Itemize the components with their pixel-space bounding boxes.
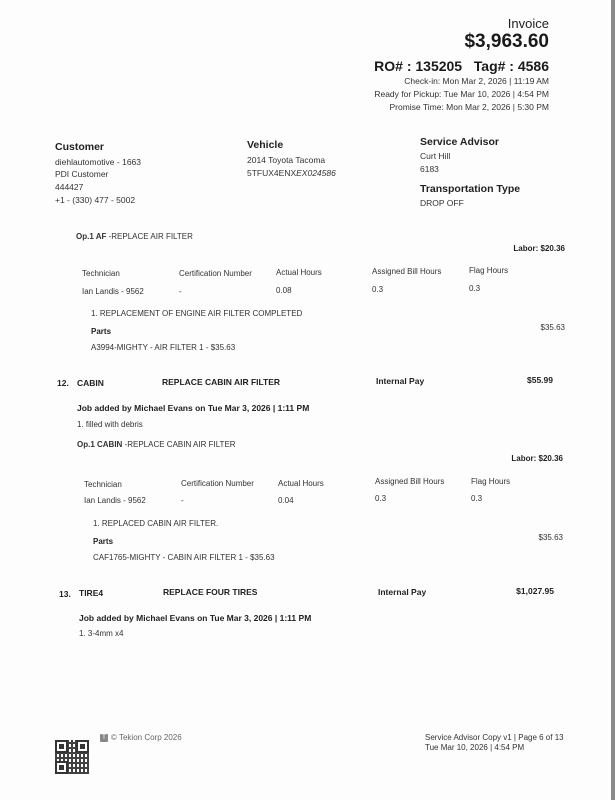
scan-edge xyxy=(611,0,615,800)
op-af-labor: Labor: $20.36 xyxy=(513,244,565,253)
job13-concern: 1. 3-4mm x4 xyxy=(79,629,123,638)
ro-number: RO# : 135205 xyxy=(374,58,462,74)
cabin-part: CAF1765-MIGHTY - CABIN AIR FILTER 1 - $3… xyxy=(93,553,275,562)
vin-suffix: EX024586 xyxy=(296,168,336,178)
job13-added-by: Job added by Michael Evans on Tue Mar 3,… xyxy=(79,613,311,623)
op-cabin-code: Op.1 CABIN xyxy=(77,440,122,449)
cabin-parts-total: $35.63 xyxy=(539,533,563,542)
invoice-total: $3,963.60 xyxy=(464,31,549,53)
af-flag-hours: 0.3 xyxy=(469,284,480,293)
op-cabin-title: Op.1 CABIN -REPLACE CABIN AIR FILTER xyxy=(77,440,236,449)
footer-printed: Tue Mar 10, 2026 | 4:54 PM xyxy=(425,743,524,752)
job12-number: 12. xyxy=(57,378,69,388)
th-certification: Certification Number xyxy=(179,269,252,278)
op-af-desc: -REPLACE AIR FILTER xyxy=(106,232,193,241)
job12-added-by: Job added by Michael Evans on Tue Mar 3,… xyxy=(77,403,309,413)
advisor-id: 6183 xyxy=(420,164,439,174)
job12-pay: Internal Pay xyxy=(376,376,424,386)
cabin-note: 1. REPLACED CABIN AIR FILTER. xyxy=(93,519,218,528)
th-flag-hours: Flag Hours xyxy=(469,266,508,275)
qr-finder xyxy=(76,740,89,753)
copyright-text: © Tekion Corp 2026 xyxy=(111,733,182,742)
customer-name: diehlautomotive - 1663 xyxy=(55,157,141,167)
job13-code: TIRE4 xyxy=(79,588,103,598)
th-flag-hours-2: Flag Hours xyxy=(471,477,510,486)
cabin-parts-label: Parts xyxy=(93,537,113,546)
cabin-technician: Ian Landis - 9562 xyxy=(84,496,146,505)
cabin-actual-hours: 0.04 xyxy=(278,496,294,505)
af-assigned-bill: 0.3 xyxy=(372,285,383,294)
ro-tag-line: RO# : 135205 Tag# : 4586 xyxy=(374,58,549,74)
th-certification-2: Certification Number xyxy=(181,479,254,488)
footer-copyright: T© Tekion Corp 2026 xyxy=(100,733,182,742)
customer-phone: +1 - (330) 477 - 5002 xyxy=(55,195,135,205)
af-parts-total: $35.63 xyxy=(541,323,565,332)
job13-amount: $1,027.95 xyxy=(516,586,554,596)
op-af-code: Op.1 AF xyxy=(76,232,106,241)
job12-amount: $55.99 xyxy=(527,375,553,385)
tekion-logo-icon: T xyxy=(100,734,108,742)
vehicle-model: 2014 Toyota Tacoma xyxy=(247,155,325,165)
customer-id: 444427 xyxy=(55,182,83,192)
th-assigned-bill: Assigned Bill Hours xyxy=(372,267,441,276)
af-actual-hours: 0.08 xyxy=(276,286,292,295)
af-part: A3994-MIGHTY - AIR FILTER 1 - $35.63 xyxy=(91,343,235,352)
af-parts-label: Parts xyxy=(91,327,111,336)
ready-for-pickup: Ready for Pickup: Tue Mar 10, 2026 | 4:5… xyxy=(374,89,549,99)
qr-finder xyxy=(55,740,68,753)
cabin-certification: - xyxy=(181,496,184,505)
transport-value: DROP OFF xyxy=(420,198,464,208)
vehicle-label: Vehicle xyxy=(247,139,283,151)
tag-number: Tag# : 4586 xyxy=(474,58,549,74)
job13-number: 13. xyxy=(59,589,71,599)
job12-code: CABIN xyxy=(77,378,104,388)
advisor-label: Service Advisor xyxy=(420,136,499,148)
promise-time: Promise Time: Mon Mar 2, 2026 | 5:30 PM xyxy=(389,102,549,112)
job12-concern: 1. filled with debris xyxy=(77,420,143,429)
th-assigned-bill-2: Assigned Bill Hours xyxy=(375,477,444,486)
op-cabin-labor: Labor: $20.36 xyxy=(511,454,563,463)
op-af-title: Op.1 AF -REPLACE AIR FILTER xyxy=(76,232,193,241)
job13-pay: Internal Pay xyxy=(378,587,426,597)
vehicle-vin: 5TFUX4ENXEX024586 xyxy=(247,168,336,178)
qr-code xyxy=(55,740,89,774)
transport-label: Transportation Type xyxy=(420,183,520,195)
th-technician-2: Technician xyxy=(84,480,122,489)
customer-type: PDI Customer xyxy=(55,169,108,179)
invoice-title: Invoice xyxy=(508,16,549,31)
advisor-name: Curt Hill xyxy=(420,151,450,161)
th-technician: Technician xyxy=(82,269,120,278)
th-actual-hours-2: Actual Hours xyxy=(278,479,324,488)
cabin-flag-hours: 0.3 xyxy=(471,494,482,503)
op-cabin-desc: -REPLACE CABIN AIR FILTER xyxy=(122,440,235,449)
th-actual-hours: Actual Hours xyxy=(276,268,322,277)
cabin-assigned-bill: 0.3 xyxy=(375,494,386,503)
job13-desc: REPLACE FOUR TIRES xyxy=(163,587,257,597)
vin-prefix: 5TFUX4ENX xyxy=(247,168,296,178)
af-note: 1. REPLACEMENT OF ENGINE AIR FILTER COMP… xyxy=(91,309,302,318)
af-technician: Ian Landis - 9562 xyxy=(82,287,144,296)
qr-finder xyxy=(55,761,68,774)
af-certification: - xyxy=(179,287,182,296)
footer-copy-info: Service Advisor Copy v1 | Page 6 of 13 xyxy=(425,733,564,742)
job12-desc: REPLACE CABIN AIR FILTER xyxy=(162,377,280,387)
customer-label: Customer xyxy=(55,141,104,153)
check-in: Check-in: Mon Mar 2, 2026 | 11:19 AM xyxy=(404,76,549,86)
